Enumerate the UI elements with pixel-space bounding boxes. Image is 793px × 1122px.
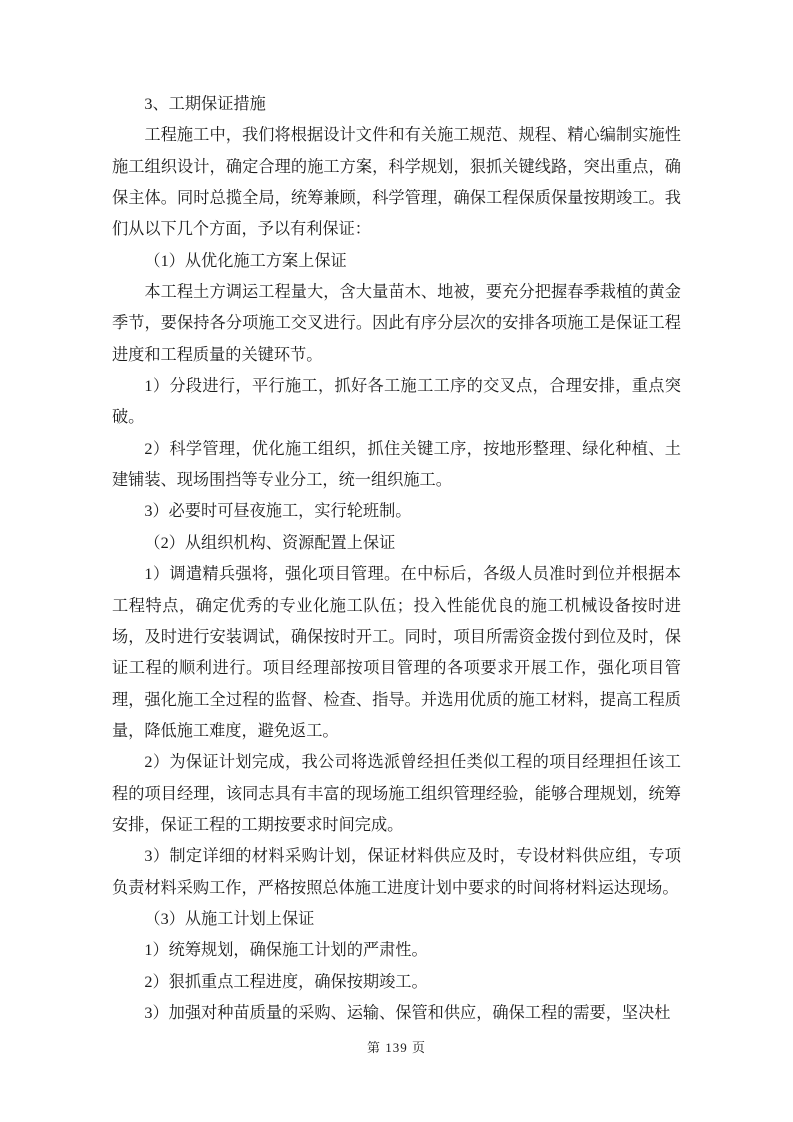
- page-footer: 第 139 页: [0, 1038, 793, 1058]
- section-heading-construction-plan: （3）从施工计划上保证: [112, 904, 681, 935]
- list-item-3: 3）制定详细的材料采购计划，保证材料供应及时，专设材料供应组，专项负责材料采购工…: [112, 841, 681, 904]
- list-item-1: 1）调遣精兵强将，强化项目管理。在中标后，各级人员准时到位并根据本工程特点，确定…: [112, 559, 681, 747]
- list-item-2: 2）科学管理，优化施工组织，抓住关键工序，按地形整理、绿化种植、土建铺装、现场围…: [112, 434, 681, 497]
- section-heading-organization-resources: （2）从组织机构、资源配置上保证: [112, 528, 681, 559]
- list-item-1: 1）统筹规划，确保施工计划的严肃性。: [112, 935, 681, 966]
- page-number: 第 139 页: [367, 1040, 426, 1055]
- paragraph-intro: 工程施工中，我们将根据设计文件和有关施工规范、规程、精心编制实施性施工组织设计，…: [112, 120, 681, 245]
- list-item-2: 2）狠抓重点工程进度，确保按期竣工。: [112, 967, 681, 998]
- paragraph: 本工程土方调运工程量大，含大量苗木、地被，要充分把握春季栽植的黄金季节，要保持各…: [112, 277, 681, 371]
- list-item-1: 1）分段进行，平行施工，抓好各工施工工序的交叉点，合理安排，重点突破。: [112, 371, 681, 434]
- doc-title: 3、工期保证措施: [112, 89, 681, 120]
- list-item-2: 2）为保证计划完成，我公司将选派曾经担任类似工程的项目经理担任该工程的项目经理，…: [112, 747, 681, 841]
- list-item-3: 3）必要时可昼夜施工，实行轮班制。: [112, 496, 681, 527]
- document-page: { "document": { "title": "3、工期保证措施", "bl…: [0, 0, 793, 1122]
- section-heading-optimize-plan: （1）从优化施工方案上保证: [112, 246, 681, 277]
- document-body: 3、工期保证措施 工程施工中，我们将根据设计文件和有关施工规范、规程、精心编制实…: [112, 89, 681, 1029]
- list-item-3: 3）加强对种苗质量的采购、运输、保管和供应，确保工程的需要，坚决杜: [112, 998, 681, 1029]
